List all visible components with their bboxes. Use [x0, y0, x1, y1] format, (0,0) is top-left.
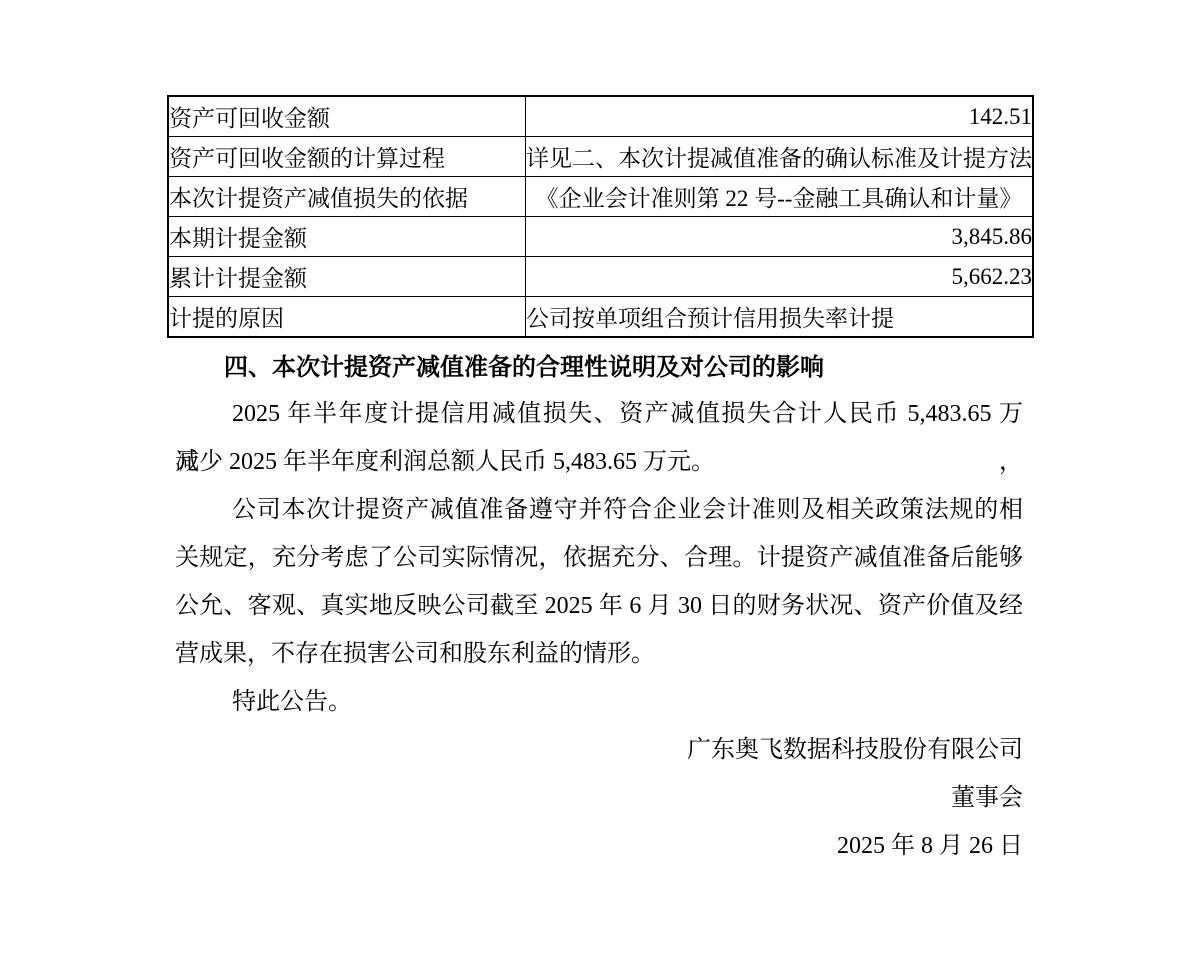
document-content: 资产可回收金额 142.51 资产可回收金额的计算过程 详见二、本次计提减值准备… [167, 95, 1029, 870]
row-value-current-provision: 3,845.86 [526, 217, 1034, 257]
table-row: 本次计提资产减值损失的依据 《企业会计准则第 22 号--金融工具确认和计量》 [168, 177, 1033, 217]
impairment-table: 资产可回收金额 142.51 资产可回收金额的计算过程 详见二、本次计提减值准备… [167, 95, 1034, 338]
row-value-cumulative-provision: 5,662.23 [526, 257, 1034, 297]
section-body: 四、本次计提资产减值准备的合理性说明及对公司的影响 2025 年半年度计提信用减… [175, 346, 1023, 870]
closing-line: 特此公告。 [175, 678, 1023, 726]
row-value-impairment-basis: 《企业会计准则第 22 号--金融工具确认和计量》 [526, 177, 1034, 217]
row-label-recoverable-amount: 资产可回收金额 [168, 96, 526, 137]
table-row: 资产可回收金额 142.51 [168, 96, 1033, 137]
table-row: 计提的原因 公司按单项组合预计信用损失率计提 [168, 297, 1033, 338]
row-label-cumulative-provision: 累计计提金额 [168, 257, 526, 297]
paragraph-2-line-1: 公司本次计提资产减值准备遵守并符合企业会计准则及相关政策法规的相 [175, 486, 1023, 534]
table-row: 本期计提金额 3,845.86 [168, 217, 1033, 257]
row-label-calculation-process: 资产可回收金额的计算过程 [168, 137, 526, 177]
row-label-impairment-basis: 本次计提资产减值损失的依据 [168, 177, 526, 217]
row-value-recoverable-amount: 142.51 [526, 96, 1034, 137]
signature-company: 广东奥飞数据科技股份有限公司 [175, 726, 1023, 774]
section-heading: 四、本次计提资产减值准备的合理性说明及对公司的影响 [175, 346, 1023, 390]
document-page: 资产可回收金额 142.51 资产可回收金额的计算过程 详见二、本次计提减值准备… [0, 0, 1200, 962]
table-row: 累计计提金额 5,662.23 [168, 257, 1033, 297]
paragraph-2-line-3: 公允、客观、真实地反映公司截至 2025 年 6 月 30 日的财务状况、资产价… [175, 582, 1023, 630]
paragraph-2-line-2: 关规定，充分考虑了公司实际情况，依据充分、合理。计提资产减值准备后能够 [175, 534, 1023, 582]
signature-board: 董事会 [175, 774, 1023, 822]
table-row: 资产可回收金额的计算过程 详见二、本次计提减值准备的确认标准及计提方法 [168, 137, 1033, 177]
row-value-provision-reason: 公司按单项组合预计信用损失率计提 [526, 297, 1034, 338]
paragraph-1-line-1: 2025 年半年度计提信用减值损失、资产减值损失合计人民币 5,483.65 万… [175, 390, 1023, 438]
row-label-current-provision: 本期计提金额 [168, 217, 526, 257]
row-label-provision-reason: 计提的原因 [168, 297, 526, 338]
signature-date: 2025 年 8 月 26 日 [175, 822, 1023, 870]
row-value-calculation-process: 详见二、本次计提减值准备的确认标准及计提方法 [526, 137, 1034, 177]
paragraph-2-line-4: 营成果，不存在损害公司和股东利益的情形。 [175, 630, 1023, 678]
